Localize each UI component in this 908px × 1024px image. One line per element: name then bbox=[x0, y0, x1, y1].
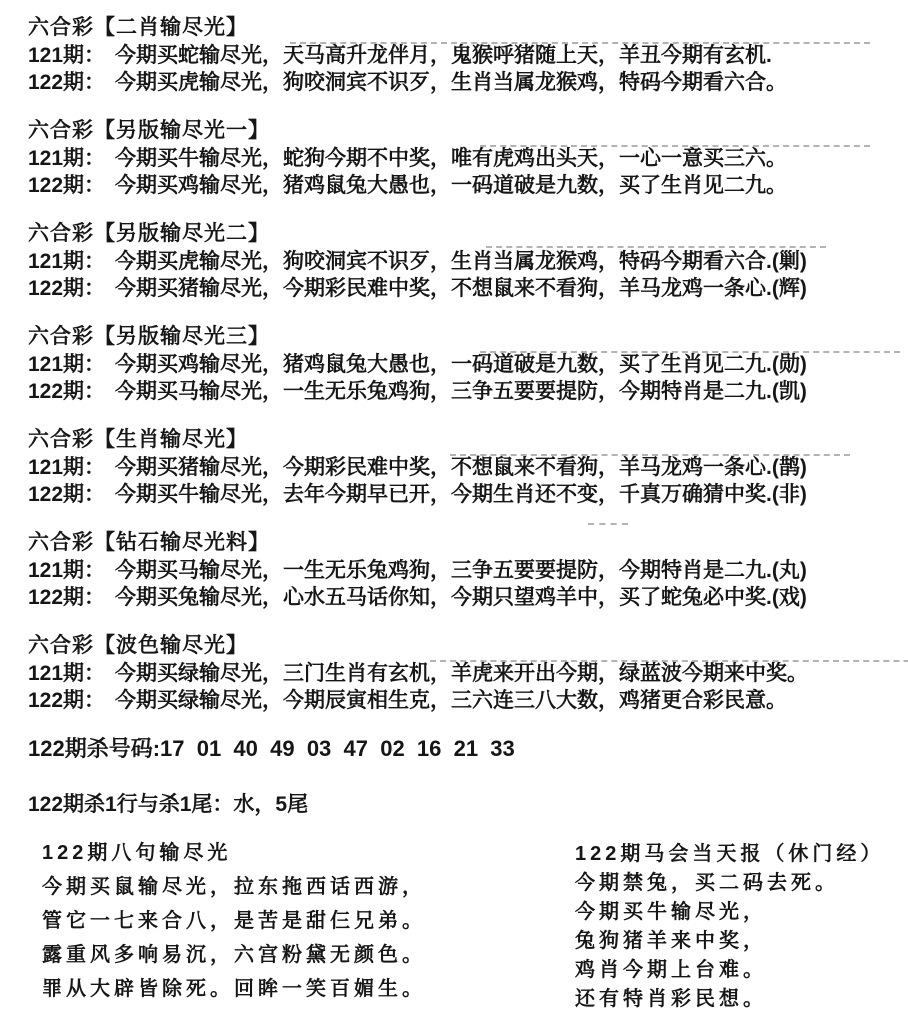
issue-number: 122期： bbox=[28, 586, 105, 609]
eight-verse-line: 露重风多响易沉，六宫粉黛无颜色。 bbox=[42, 938, 426, 972]
daily-report-line: 今期买牛输尽光， bbox=[575, 898, 884, 927]
section-two-zodiac: 六合彩【二肖输尽光】 121期：今期买蛇输尽光，天马高升龙伴月，鬼猴呼猪随上天，… bbox=[28, 14, 908, 96]
issue-line: 122期：今期买鸡输尽光，猪鸡鼠兔大愚也，一码道破是九数，买了生肖见二九。 bbox=[28, 172, 908, 199]
issue-line: 121期：今期买马输尽光，一生无乐兔鸡狗，三争五要要提防，今期特肖是二九.(丸) bbox=[28, 557, 908, 584]
issue-number: 122期： bbox=[28, 71, 105, 94]
issue-line: 121期：今期买牛输尽光，蛇狗今期不中奖，唯有虎鸡出头天，一心一意买三六。 bbox=[28, 145, 908, 172]
bottom-verse-area: 122期八句输尽光 今期买鼠输尽光，拉东拖西话西游， 管它一七来合八，是苦是甜仨… bbox=[28, 836, 908, 1024]
issue-line: 122期：今期买绿输尽光，今期辰寅相生克，三六连三八大数，鸡猪更合彩民意。 bbox=[28, 687, 908, 714]
issue-number: 121期： bbox=[28, 353, 105, 376]
daily-report-title: 122期马会当天报（休门经） bbox=[575, 840, 884, 869]
daily-report-line: 今期禁兔，买二码去死。 bbox=[575, 869, 884, 898]
issue-number: 122期： bbox=[28, 380, 105, 403]
issue-number: 121期： bbox=[28, 44, 105, 67]
verse-text: 今期买兔输尽光，心水五马话你知，今期只望鸡羊中，买了蛇兔必中奖.(戏) bbox=[115, 586, 807, 609]
eight-verse-line: 罪从大辟皆除死。回眸一笑百媚生。 bbox=[42, 972, 426, 1006]
verse-text: 今期买马输尽光，一生无乐兔鸡狗，三争五要要提防，今期特肖是二九.(凯) bbox=[115, 380, 807, 403]
section-title: 六合彩【钻石输尽光料】 bbox=[28, 529, 908, 557]
verse-text: 今期买鸡输尽光，猪鸡鼠兔大愚也，一码道破是九数，买了生肖见二九.(勋) bbox=[115, 353, 807, 376]
daily-report-line: 兔狗猪羊来中奖， bbox=[575, 927, 884, 956]
scan-artifact bbox=[430, 660, 908, 662]
issue-line: 122期：今期买虎输尽光，狗咬洞宾不识歹，生肖当属龙猴鸡，特码今期看六合。 bbox=[28, 69, 908, 96]
issue-number: 121期： bbox=[28, 662, 105, 685]
issue-line: 121期：今期买绿输尽光，三门生肖有玄机，羊虎来开出今期，绿蓝波今期来中奖。 bbox=[28, 660, 908, 687]
issue-line: 121期：今期买蛇输尽光，天马高升龙伴月，鬼猴呼猪随上天，羊丑今期有玄机. bbox=[28, 42, 908, 69]
eight-verse-line: 今期买鼠输尽光，拉东拖西话西游， bbox=[42, 870, 426, 904]
verse-text: 今期买牛输尽光，蛇狗今期不中奖，唯有虎鸡出头天，一心一意买三六。 bbox=[115, 147, 787, 170]
section-title: 六合彩【另版输尽光二】 bbox=[28, 220, 908, 248]
issue-line: 122期：今期买兔输尽光，心水五马话你知，今期只望鸡羊中，买了蛇兔必中奖.(戏) bbox=[28, 584, 908, 611]
issue-number: 121期： bbox=[28, 250, 105, 273]
issue-line: 121期：今期买猪输尽光，今期彩民难中奖，不想鼠来不看狗，羊马龙鸡一条心.(鹊) bbox=[28, 454, 908, 481]
verse-text: 今期买猪输尽光，今期彩民难中奖，不想鼠来不看狗，羊马龙鸡一条心.(鹊) bbox=[115, 456, 807, 479]
scan-artifact bbox=[290, 42, 870, 44]
verse-text: 今期买牛输尽光，去年今期早已开，今期生肖还不变，千真万确猜中奖.(非) bbox=[115, 483, 807, 506]
section-title: 六合彩【二肖输尽光】 bbox=[28, 14, 908, 42]
issue-number: 122期： bbox=[28, 277, 105, 300]
section-title: 六合彩【生肖输尽光】 bbox=[28, 426, 908, 454]
issue-line: 122期：今期买马输尽光，一生无乐兔鸡狗，三争五要要提防，今期特肖是二九.(凯) bbox=[28, 378, 908, 405]
verse-text: 今期买绿输尽光，三门生肖有玄机，羊虎来开出今期，绿蓝波今期来中奖。 bbox=[115, 662, 808, 685]
scan-artifact bbox=[480, 351, 900, 353]
document-page: 六合彩【二肖输尽光】 121期：今期买蛇输尽光，天马高升龙伴月，鬼猴呼猪随上天，… bbox=[0, 0, 908, 1024]
section-alt-version-1: 六合彩【另版输尽光一】 121期：今期买牛输尽光，蛇狗今期不中奖，唯有虎鸡出头天… bbox=[28, 117, 908, 199]
kill-row-tail-line: 122期杀1行与杀1尾：水，5尾 bbox=[28, 791, 908, 818]
issue-number: 122期： bbox=[28, 174, 105, 197]
daily-report-line: 还有特肖彩民想。 bbox=[575, 985, 884, 1014]
issue-line: 122期：今期买牛输尽光，去年今期早已开，今期生肖还不变，千真万确猜中奖.(非) bbox=[28, 481, 908, 508]
issue-number: 121期： bbox=[28, 559, 105, 582]
section-title: 六合彩【波色输尽光】 bbox=[28, 632, 908, 660]
verse-text: 今期买猪输尽光，今期彩民难中奖，不想鼠来不看狗，羊马龙鸡一条心.(辉) bbox=[115, 277, 807, 300]
section-alt-version-3: 六合彩【另版输尽光三】 121期：今期买鸡输尽光，猪鸡鼠兔大愚也，一码道破是九数… bbox=[28, 323, 908, 405]
verse-text: 今期买马输尽光，一生无乐兔鸡狗，三争五要要提防，今期特肖是二九.(丸) bbox=[115, 559, 807, 582]
section-zodiac: 六合彩【生肖输尽光】 121期：今期买猪输尽光，今期彩民难中奖，不想鼠来不看狗，… bbox=[28, 426, 908, 508]
section-title: 六合彩【另版输尽光三】 bbox=[28, 323, 908, 351]
issue-line: 121期：今期买鸡输尽光，猪鸡鼠兔大愚也，一码道破是九数，买了生肖见二九.(勋) bbox=[28, 351, 908, 378]
issue-line: 121期：今期买虎输尽光，狗咬洞宾不识歹，生肖当属龙猴鸡，特码今期看六合.(剿) bbox=[28, 248, 908, 275]
verse-text: 今期买蛇输尽光，天马高升龙伴月，鬼猴呼猪随上天，羊丑今期有玄机. bbox=[115, 44, 772, 67]
issue-number: 121期： bbox=[28, 456, 105, 479]
eight-verse-title: 122期八句输尽光 bbox=[42, 836, 426, 870]
scan-artifact bbox=[480, 145, 870, 147]
scan-artifact bbox=[588, 523, 628, 525]
issue-number: 121期： bbox=[28, 147, 105, 170]
issue-number: 122期： bbox=[28, 483, 105, 506]
verse-text: 今期买鸡输尽光，猪鸡鼠兔大愚也，一码道破是九数，买了生肖见二九。 bbox=[115, 174, 787, 197]
verse-text: 今期买虎输尽光，狗咬洞宾不识歹，生肖当属龙猴鸡，特码今期看六合。 bbox=[115, 71, 787, 94]
verse-text: 今期买虎输尽光，狗咬洞宾不识歹，生肖当属龙猴鸡，特码今期看六合.(剿) bbox=[115, 250, 807, 273]
section-title: 六合彩【另版输尽光一】 bbox=[28, 117, 908, 145]
eight-verse-line: 管它一七来合八，是苦是甜仨兄弟。 bbox=[42, 904, 426, 938]
scan-artifact bbox=[450, 454, 850, 456]
daily-report-line: 鸡肖今期上台难。 bbox=[575, 956, 884, 985]
kill-numbers-line: 122期杀号码:17 01 40 49 03 47 02 16 21 33 bbox=[28, 735, 908, 762]
section-diamond: 六合彩【钻石输尽光料】 121期：今期买马输尽光，一生无乐兔鸡狗，三争五要要提防… bbox=[28, 529, 908, 611]
issue-number: 122期： bbox=[28, 689, 105, 712]
scan-artifact bbox=[486, 246, 826, 248]
eight-line-verse-block: 122期八句输尽光 今期买鼠输尽光，拉东拖西话西游， 管它一七来合八，是苦是甜仨… bbox=[42, 836, 426, 1006]
daily-report-block: 122期马会当天报（休门经） 今期禁兔，买二码去死。 今期买牛输尽光， 兔狗猪羊… bbox=[575, 840, 884, 1014]
verse-text: 今期买绿输尽光，今期辰寅相生克，三六连三八大数，鸡猪更合彩民意。 bbox=[115, 689, 787, 712]
issue-line: 122期：今期买猪输尽光，今期彩民难中奖，不想鼠来不看狗，羊马龙鸡一条心.(辉) bbox=[28, 275, 908, 302]
section-wave-color: 六合彩【波色输尽光】 121期：今期买绿输尽光，三门生肖有玄机，羊虎来开出今期，… bbox=[28, 632, 908, 714]
section-alt-version-2: 六合彩【另版输尽光二】 121期：今期买虎输尽光，狗咬洞宾不识歹，生肖当属龙猴鸡… bbox=[28, 220, 908, 302]
